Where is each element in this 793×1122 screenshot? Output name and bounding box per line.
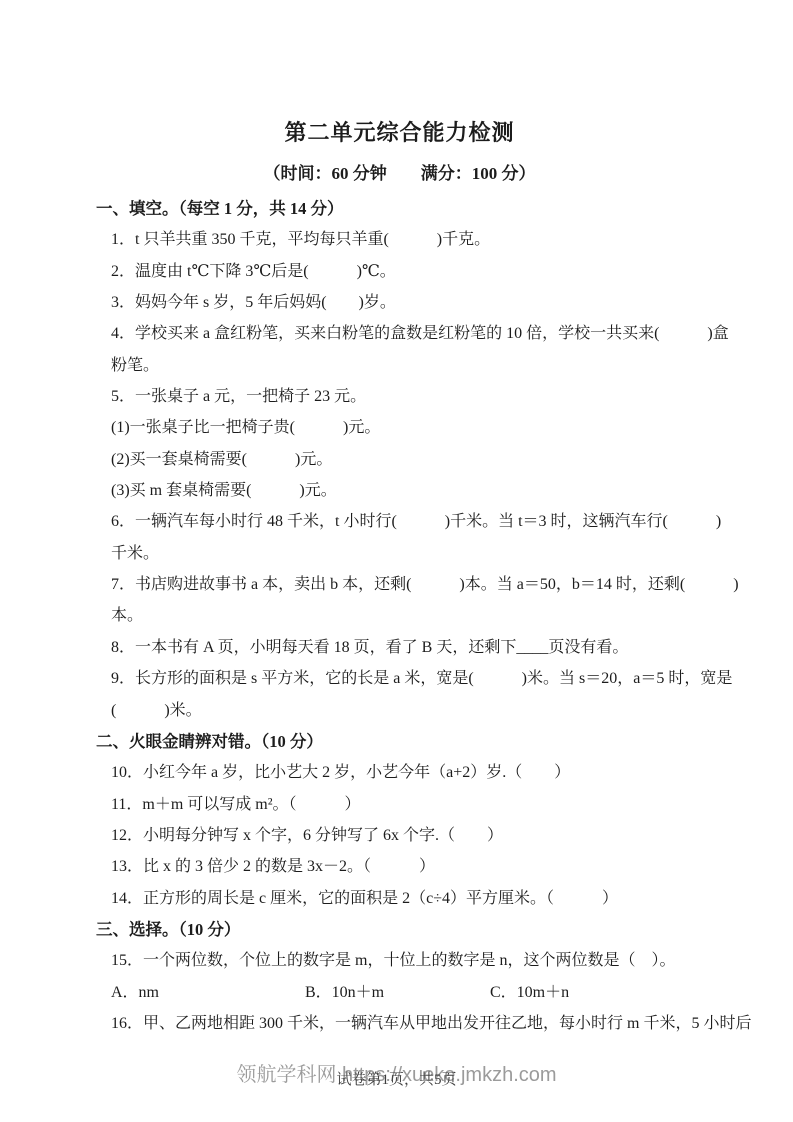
question-9-line-2: ( )米。 bbox=[96, 695, 703, 726]
question-15-options: A．nm B．10n＋m C．10m＋n bbox=[96, 977, 703, 1008]
question-15-option-a: A．nm bbox=[111, 977, 159, 1008]
question-15-option-b: B．10n＋m bbox=[305, 977, 384, 1008]
question-7-line-2: 本。 bbox=[96, 600, 703, 631]
question-5-sub-3: (3)买 m 套桌椅需要( )元。 bbox=[96, 475, 703, 506]
page-number-footer: 试卷第1页，共5页 bbox=[336, 1068, 456, 1089]
question-7-line-1: 7．书店购进故事书 a 本，卖出 b 本，还剩( )本。当 a＝50，b＝14 … bbox=[96, 569, 703, 600]
question-16: 16．甲、乙两地相距 300 千米，一辆汽车从甲地出发开往乙地，每小时行 m 千… bbox=[96, 1008, 703, 1039]
question-5-sub-1: (1)一张桌子比一把椅子贵( )元。 bbox=[96, 412, 703, 443]
section-3-heading: 三、选择。（10 分） bbox=[96, 914, 703, 945]
question-15-option-c: C．10m＋n bbox=[490, 977, 569, 1008]
question-1: 1．t 只羊共重 350 千克，平均每只羊重( )千克。 bbox=[96, 224, 703, 255]
question-14: 14．正方形的周长是 c 厘米，它的面积是 2（c÷4）平方厘米。（ ） bbox=[96, 883, 703, 914]
question-11: 11．m＋m 可以写成 m²。（ ） bbox=[96, 789, 703, 820]
question-15: 15．一个两位数，个位上的数字是 m，十位上的数字是 n，这个两位数是（ ）。 bbox=[96, 945, 703, 976]
question-5: 5．一张桌子 a 元，一把椅子 23 元。 bbox=[96, 381, 703, 412]
exam-paper-page: { "page": { "title": "第二单元综合能力检测", "subt… bbox=[0, 0, 793, 1122]
question-10: 10．小红今年 a 岁，比小艺大 2 岁，小艺今年（a+2）岁.（ ） bbox=[96, 757, 703, 788]
question-9-line-1: 9．长方形的面积是 s 平方米，它的长是 a 米，宽是( )米。当 s＝20，a… bbox=[96, 663, 703, 694]
time-score-subtitle: （时间：60 分钟 满分：100 分） bbox=[96, 162, 703, 186]
question-4-line-2: 粉笔。 bbox=[96, 350, 703, 381]
question-13: 13．比 x 的 3 倍少 2 的数是 3x－2。（ ） bbox=[96, 851, 703, 882]
exam-body: 一、填空。（每空 1 分，共 14 分） 1．t 只羊共重 350 千克，平均每… bbox=[96, 193, 703, 1039]
section-2-heading: 二、火眼金睛辨对错。（10 分） bbox=[96, 726, 703, 757]
exam-document: 第二单元综合能力检测 （时间：60 分钟 满分：100 分） 一、填空。（每空 … bbox=[0, 0, 793, 1122]
question-8: 8．一本书有 A 页，小明每天看 18 页，看了 B 天，还剩下____页没有看… bbox=[96, 632, 703, 663]
question-2: 2．温度由 t℃下降 3℃后是( )℃。 bbox=[96, 256, 703, 287]
question-5-sub-2: (2)买一套桌椅需要( )元。 bbox=[96, 444, 703, 475]
page-title: 第二单元综合能力检测 bbox=[96, 118, 703, 148]
question-6-line-1: 6．一辆汽车每小时行 48 千米，t 小时行( )千米。当 t＝3 时，这辆汽车… bbox=[96, 506, 703, 537]
question-4-line-1: 4．学校买来 a 盒红粉笔，买来白粉笔的盒数是红粉笔的 10 倍，学校一共买来(… bbox=[96, 318, 703, 349]
question-6-line-2: 千米。 bbox=[96, 538, 703, 569]
question-12: 12．小明每分钟写 x 个字，6 分钟写了 6x 个字.（ ） bbox=[96, 820, 703, 851]
question-3: 3．妈妈今年 s 岁，5 年后妈妈( )岁。 bbox=[96, 287, 703, 318]
section-1-heading: 一、填空。（每空 1 分，共 14 分） bbox=[96, 193, 703, 224]
